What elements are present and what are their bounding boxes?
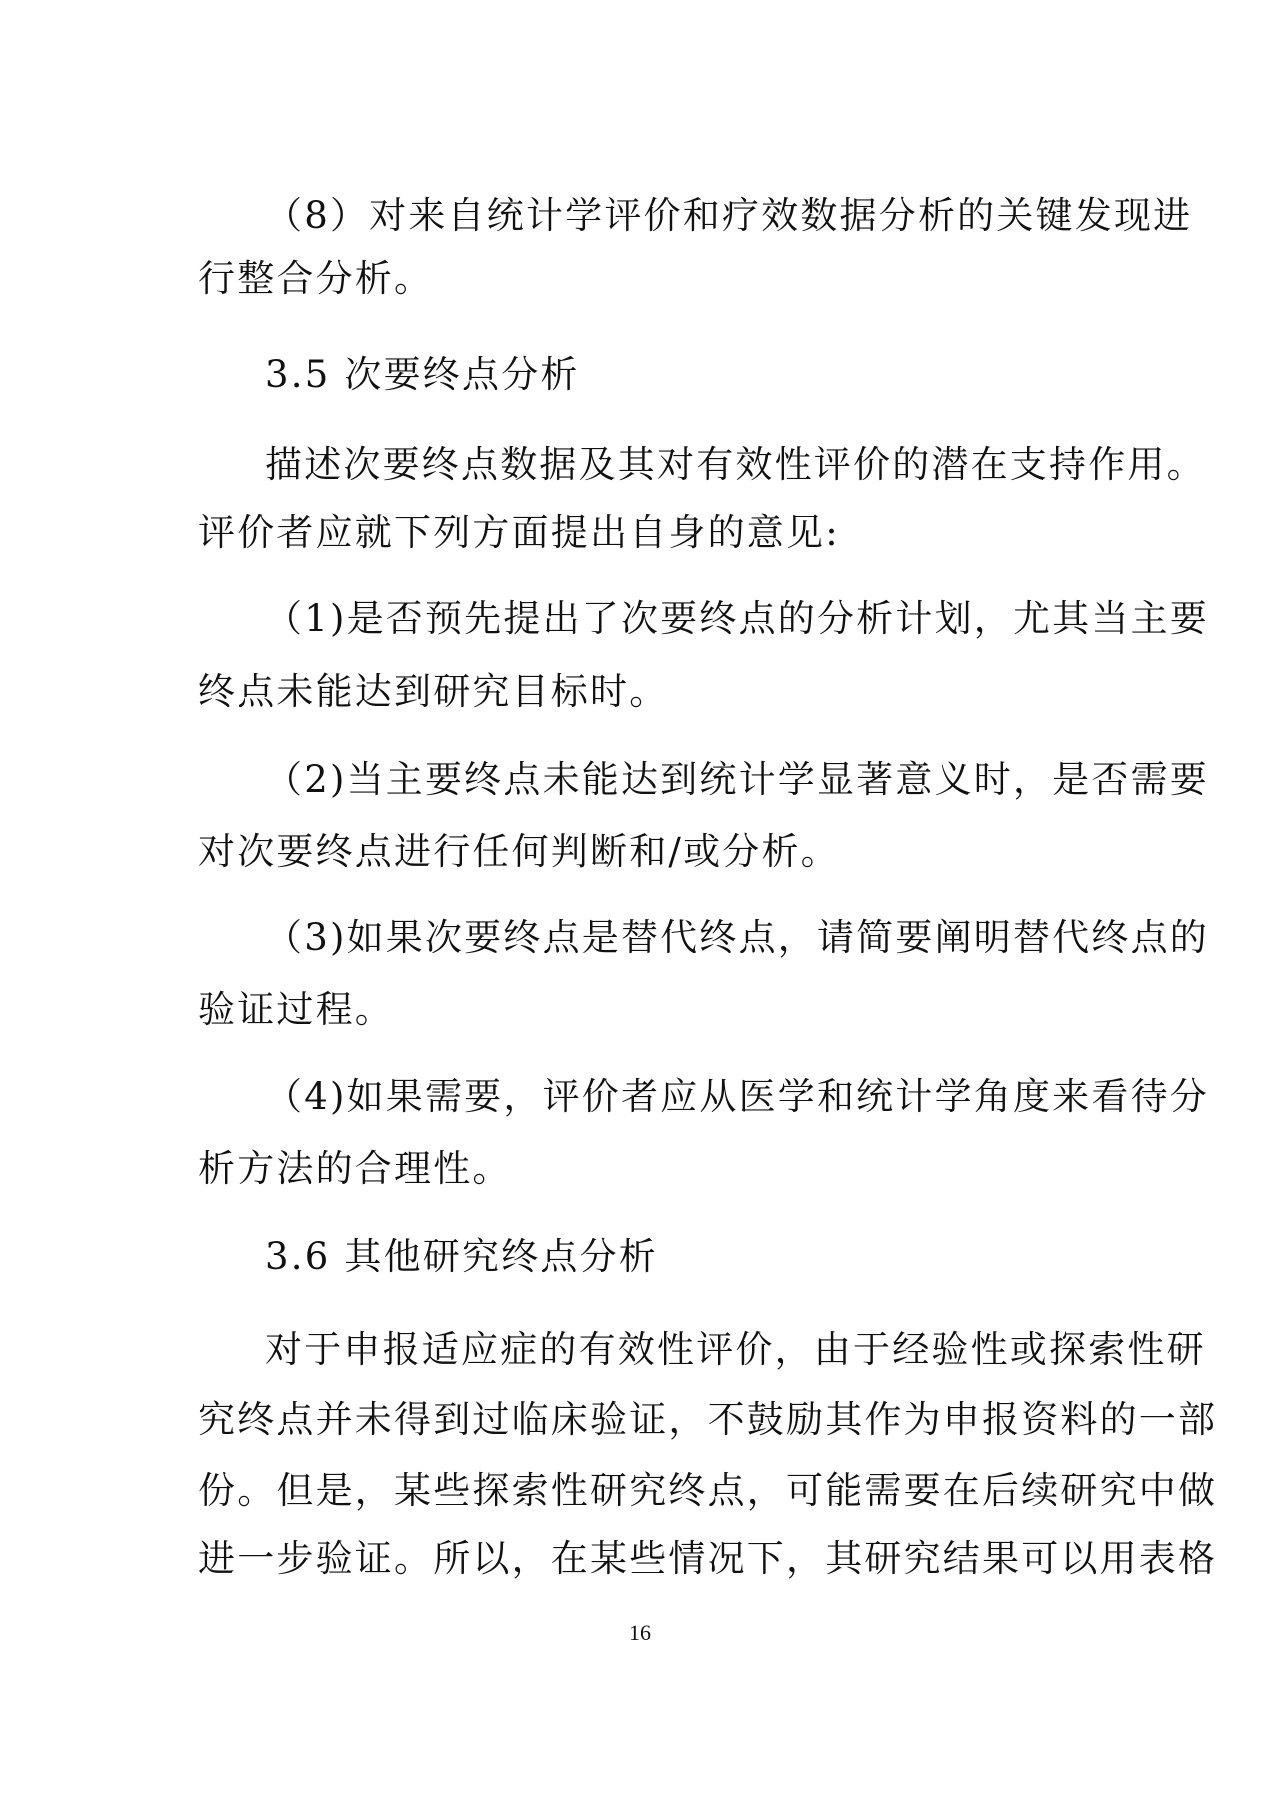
paragraph-line: 验证过程。 bbox=[198, 986, 394, 1034]
page-number: 16 bbox=[0, 1620, 1280, 1646]
section-heading-3-5: 3.5 次要终点分析 bbox=[265, 351, 580, 399]
paragraph-line: （3)如果次要终点是替代终点，请简要阐明替代终点的 bbox=[265, 914, 1209, 962]
paragraph-line: 行整合分析。 bbox=[198, 255, 433, 303]
paragraph-line: 份。但是，某些探索性研究终点，可能需要在后续研究中做 bbox=[198, 1467, 1217, 1515]
paragraph-line: 究终点并未得到过临床验证，不鼓励其作为申报资料的一部 bbox=[198, 1396, 1217, 1444]
paragraph-line: 析方法的合理性。 bbox=[198, 1145, 512, 1193]
paragraph-line: （8）对来自统计学评价和疗效数据分析的关键发现进 bbox=[265, 192, 1192, 240]
paragraph-line: 评价者应就下列方面提出自身的意见: bbox=[198, 509, 840, 557]
paragraph-line: （1)是否预先提出了次要终点的分析计划，尤其当主要 bbox=[265, 595, 1209, 643]
paragraph-line: （2)当主要终点未能达到统计学显著意义时，是否需要 bbox=[265, 756, 1209, 804]
section-heading-3-6: 3.6 其他研究终点分析 bbox=[265, 1233, 658, 1281]
paragraph-line: 对次要终点进行任何判断和/或分析。 bbox=[198, 828, 840, 876]
paragraph-line: 描述次要终点数据及其对有效性评价的潜在支持作用。 bbox=[265, 441, 1206, 489]
paragraph-line: （4)如果需要，评价者应从医学和统计学角度来看待分 bbox=[265, 1073, 1209, 1121]
paragraph-line: 终点未能达到研究目标时。 bbox=[198, 668, 668, 716]
paragraph-line: 进一步验证。所以，在某些情况下，其研究结果可以用表格 bbox=[198, 1535, 1217, 1583]
paragraph-line: 对于申报适应症的有效性评价，由于经验性或探索性研 bbox=[265, 1326, 1206, 1374]
